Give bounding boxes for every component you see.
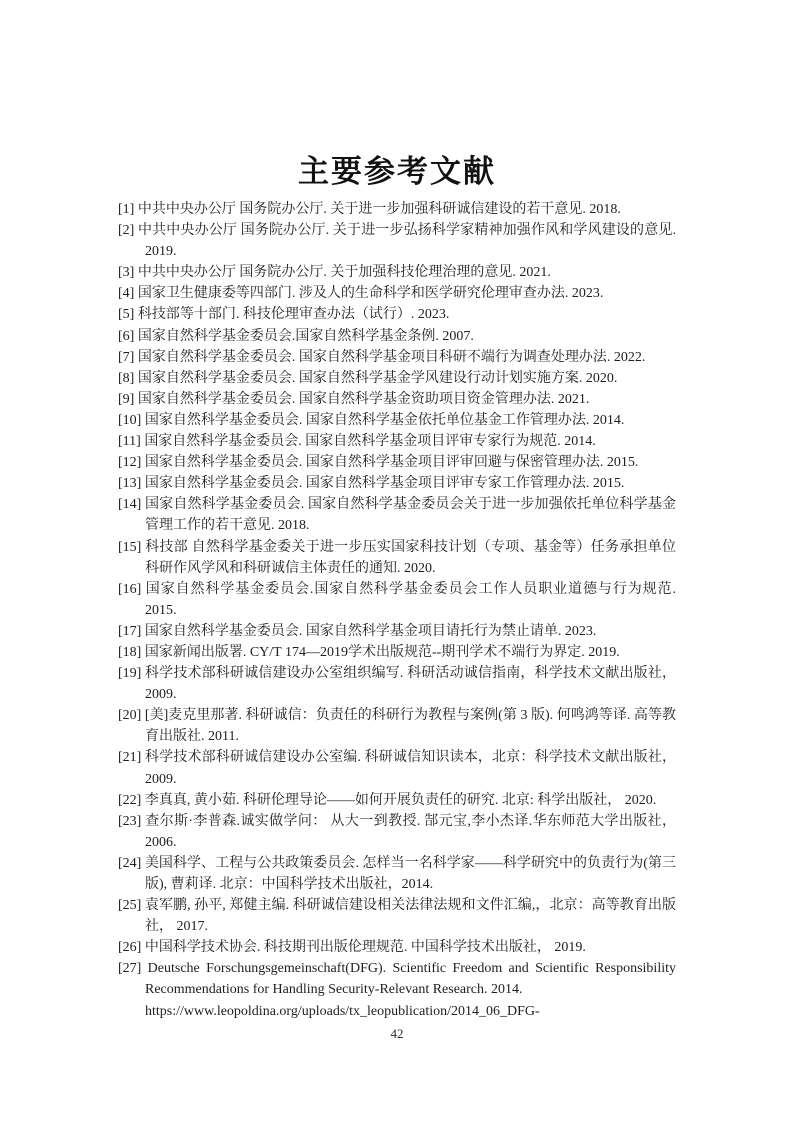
reference-label: [11] xyxy=(118,434,141,449)
reference-text: 中共中央办公厅 国务院办公厅. 关于进一步加强科研诚信建设的若干意见. 2018… xyxy=(138,202,621,217)
reference-label: [16] xyxy=(118,582,141,597)
reference-item: [27] Deutsche Forschungsgemeinschaft(DFG… xyxy=(118,958,676,1021)
reference-text: 中共中央办公厅 国务院办公厅. 关于加强科技伦理治理的意见. 2021. xyxy=(138,265,551,280)
reference-item: [26] 中国科学技术协会. 科技期刊出版伦理规范. 中国科学技术出版社， 20… xyxy=(118,937,676,958)
page-title: 主要参考文献 xyxy=(118,146,676,191)
reference-text: 国家自然科学基金委员会.国家自然科学基金委员会工作人员职业道德与行为规范. 20… xyxy=(145,582,676,618)
reference-label: [26] xyxy=(118,940,141,955)
reference-text: 国家自然科学基金委员会. 国家自然科学基金项目评审专家工作管理办法. 2015. xyxy=(145,476,625,491)
reference-label: [22] xyxy=(118,793,141,808)
reference-text: 李真真, 黄小茹. 科研伦理导论——如何开展负责任的研究. 北京: 科学出版社，… xyxy=(145,793,656,808)
reference-text: 国家自然科学基金委员会. 国家自然科学基金项目评审专家行为规范. 2014. xyxy=(144,434,596,449)
reference-text: 国家新闻出版署. CY/T 174—2019学术出版规范--期刊学术不端行为界定… xyxy=(145,645,620,660)
reference-text: 国家卫生健康委等四部门. 涉及人的生命科学和医学研究伦理审查办法. 2023. xyxy=(138,286,604,301)
reference-text: 中国科学技术协会. 科技期刊出版伦理规范. 中国科学技术出版社， 2019. xyxy=(145,940,586,955)
reference-text: 国家自然科学基金委员会.国家自然科学基金条例. 2007. xyxy=(138,329,474,344)
reference-item: [8] 国家自然科学基金委员会. 国家自然科学基金学风建设行动计划实施方案. 2… xyxy=(118,368,676,389)
reference-item: [9] 国家自然科学基金委员会. 国家自然科学基金资助项目资金管理办法. 202… xyxy=(118,389,676,410)
reference-item: [3] 中共中央办公厅 国务院办公厅. 关于加强科技伦理治理的意见. 2021. xyxy=(118,262,676,283)
reference-item: [11] 国家自然科学基金委员会. 国家自然科学基金项目评审专家行为规范. 20… xyxy=(118,431,676,452)
reference-item: [17] 国家自然科学基金委员会. 国家自然科学基金项目请托行为禁止请单. 20… xyxy=(118,621,676,642)
document-page: 主要参考文献 [1] 中共中央办公厅 国务院办公厅. 关于进一步加强科研诚信建设… xyxy=(0,0,794,1123)
reference-text: 国家自然科学基金委员会. 国家自然科学基金项目请托行为禁止请单. 2023. xyxy=(145,624,597,639)
reference-item: [23] 查尔斯·李普森.诚实做学问： 从大一到教授. 郜元宝,李小杰译.华东师… xyxy=(118,811,676,853)
reference-item: [4] 国家卫生健康委等四部门. 涉及人的生命科学和医学研究伦理审查办法. 20… xyxy=(118,283,676,304)
reference-text: 科学技术部科研诚信建设办公室组织编写. 科研活动诚信指南，科学技术文献出版社，2… xyxy=(145,666,676,702)
reference-text: 科技部 自然科学基金委关于进一步压实国家科技计划（专项、基金等）任务承担单位科研… xyxy=(145,540,676,576)
reference-item: [18] 国家新闻出版署. CY/T 174—2019学术出版规范--期刊学术不… xyxy=(118,642,676,663)
reference-label: [14] xyxy=(118,497,141,512)
reference-label: [1] xyxy=(118,202,134,217)
reference-item: [20] [美]麦克里那著. 科研诚信：负责任的科研行为教程与案例(第 3 版)… xyxy=(118,705,676,747)
reference-text: 国家自然科学基金委员会. 国家自然科学基金项目科研不端行为调查处理办法. 202… xyxy=(138,350,646,365)
reference-item: [16] 国家自然科学基金委员会.国家自然科学基金委员会工作人员职业道德与行为规… xyxy=(118,579,676,621)
reference-item: [21] 科学技术部科研诚信建设办公室编. 科研诚信知识读本，北京：科学技术文献… xyxy=(118,747,676,789)
reference-label: [15] xyxy=(118,540,141,555)
reference-text: 国家自然科学基金委员会. 国家自然科学基金项目评审回避与保密管理办法. 2015… xyxy=(145,455,639,470)
reference-text: 科学技术部科研诚信建设办公室编. 科研诚信知识读本，北京：科学技术文献出版社，2… xyxy=(145,750,676,786)
reference-label: [4] xyxy=(118,286,134,301)
reference-item: [6] 国家自然科学基金委员会.国家自然科学基金条例. 2007. xyxy=(118,326,676,347)
reference-label: [25] xyxy=(118,898,141,913)
reference-text: 科技部等十部门. 科技伦理审查办法（试行）. 2023. xyxy=(138,307,450,322)
reference-text: [美]麦克里那著. 科研诚信：负责任的科研行为教程与案例(第 3 版). 何鸣鸿… xyxy=(145,708,676,744)
reference-item: [10] 国家自然科学基金委员会. 国家自然科学基金依托单位基金工作管理办法. … xyxy=(118,410,676,431)
reference-label: [5] xyxy=(118,307,134,322)
reference-item: [2] 中共中央办公厅 国务院办公厅. 关于进一步弘扬科学家精神加强作风和学风建… xyxy=(118,220,676,262)
reference-text: 查尔斯·李普森.诚实做学问： 从大一到教授. 郜元宝,李小杰译.华东师范大学出版… xyxy=(145,814,676,850)
reference-item: [1] 中共中央办公厅 国务院办公厅. 关于进一步加强科研诚信建设的若干意见. … xyxy=(118,199,676,220)
reference-item: [25] 袁军鹏, 孙平, 郑健主编. 科研诚信建设相关法律法规和文件汇编,，北… xyxy=(118,895,676,937)
reference-text: 中共中央办公厅 国务院办公厅. 关于进一步弘扬科学家精神加强作风和学风建设的意见… xyxy=(138,223,676,259)
reference-label: [20] xyxy=(118,708,141,723)
reference-item: [7] 国家自然科学基金委员会. 国家自然科学基金项目科研不端行为调查处理办法.… xyxy=(118,347,676,368)
reference-text: 国家自然科学基金委员会. 国家自然科学基金学风建设行动计划实施方案. 2020. xyxy=(138,371,618,386)
reference-label: [19] xyxy=(118,666,141,681)
reference-item: [19] 科学技术部科研诚信建设办公室组织编写. 科研活动诚信指南，科学技术文献… xyxy=(118,663,676,705)
reference-item: [12] 国家自然科学基金委员会. 国家自然科学基金项目评审回避与保密管理办法.… xyxy=(118,452,676,473)
reference-label: [13] xyxy=(118,476,141,491)
reference-item: [24] 美国科学、工程与公共政策委员会. 怎样当一名科学家——科学研究中的负责… xyxy=(118,853,676,895)
reference-label: [8] xyxy=(118,371,134,386)
reference-label: [12] xyxy=(118,455,141,470)
reference-label: [18] xyxy=(118,645,141,660)
reference-text: 国家自然科学基金委员会. 国家自然科学基金依托单位基金工作管理办法. 2014. xyxy=(145,413,625,428)
reference-label: [7] xyxy=(118,350,134,365)
reference-text: Deutsche Forschungsgemeinschaft(DFG). Sc… xyxy=(145,961,676,997)
reference-text: 国家自然科学基金委员会. 国家自然科学基金委员会关于进一步加强依托单位科学基金管… xyxy=(145,497,676,533)
reference-label: [17] xyxy=(118,624,141,639)
reference-text: 国家自然科学基金委员会. 国家自然科学基金资助项目资金管理办法. 2021. xyxy=(138,392,590,407)
reference-item: [22] 李真真, 黄小茹. 科研伦理导论——如何开展负责任的研究. 北京: 科… xyxy=(118,790,676,811)
references-list: [1] 中共中央办公厅 国务院办公厅. 关于进一步加强科研诚信建设的若干意见. … xyxy=(118,199,676,1022)
reference-label: [24] xyxy=(118,856,141,871)
reference-label: [27] xyxy=(118,961,141,976)
reference-label: [10] xyxy=(118,413,141,428)
reference-item: [14] 国家自然科学基金委员会. 国家自然科学基金委员会关于进一步加强依托单位… xyxy=(118,494,676,536)
page-number: 42 xyxy=(118,1026,676,1042)
reference-label: [9] xyxy=(118,392,134,407)
reference-label: [3] xyxy=(118,265,134,280)
reference-label: [6] xyxy=(118,329,134,344)
reference-label: [21] xyxy=(118,750,141,765)
reference-url: https://www.leopoldina.org/uploads/tx_le… xyxy=(145,1001,676,1022)
reference-text: 美国科学、工程与公共政策委员会. 怎样当一名科学家——科学研究中的负责行为(第三… xyxy=(145,856,676,892)
reference-label: [2] xyxy=(118,223,134,238)
reference-item: [13] 国家自然科学基金委员会. 国家自然科学基金项目评审专家工作管理办法. … xyxy=(118,473,676,494)
reference-item: [5] 科技部等十部门. 科技伦理审查办法（试行）. 2023. xyxy=(118,304,676,325)
reference-label: [23] xyxy=(118,814,141,829)
reference-text: 袁军鹏, 孙平, 郑健主编. 科研诚信建设相关法律法规和文件汇编,，北京：高等教… xyxy=(145,898,676,934)
reference-item: [15] 科技部 自然科学基金委关于进一步压实国家科技计划（专项、基金等）任务承… xyxy=(118,537,676,579)
